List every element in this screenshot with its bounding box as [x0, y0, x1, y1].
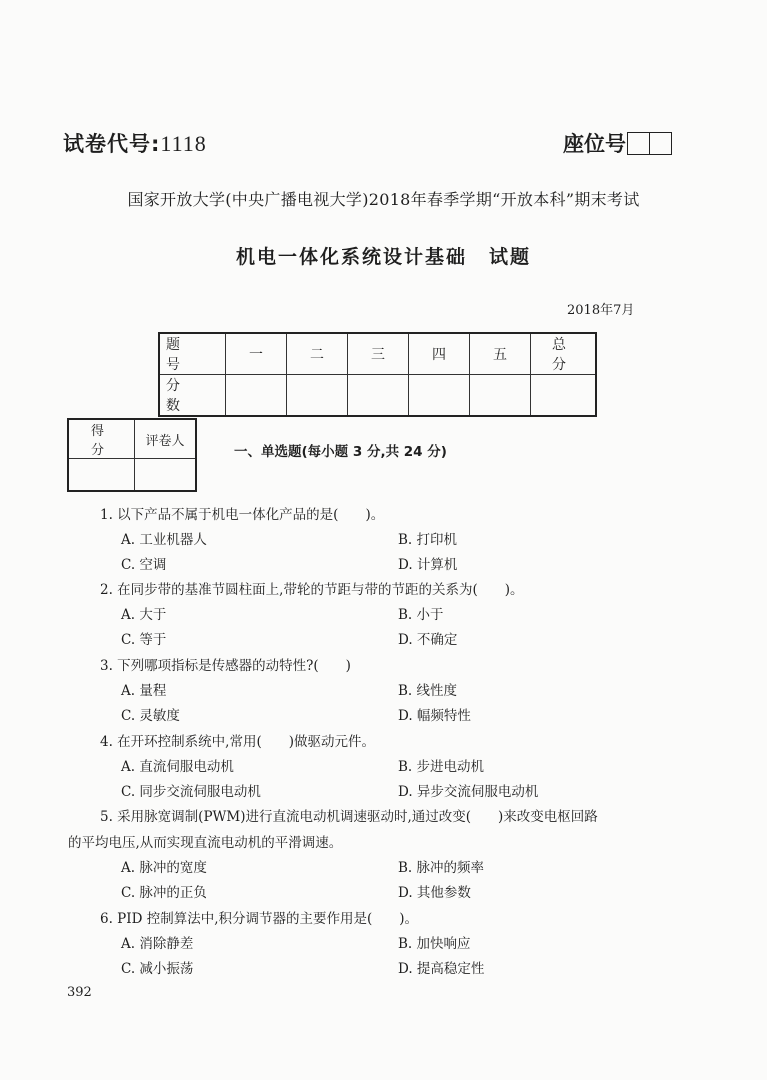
col-2: 二: [287, 333, 348, 375]
seat-number: 座位号: [563, 128, 672, 158]
q6-option-d: D. 提高稳定性: [398, 957, 484, 977]
question-3: 3. 下列哪项指标是传感器的动特性?( ): [100, 654, 351, 674]
col-5: 五: [470, 333, 531, 375]
grade-score-label: 得 分: [68, 419, 135, 459]
grader-label: 评卷人: [135, 419, 197, 459]
score-cell-2: [287, 375, 348, 417]
question-2: 2. 在同步带的基准节圆柱面上,带轮的节距与带的节距的关系为( )。: [100, 578, 524, 598]
q3-option-d: D. 幅频特性: [398, 704, 471, 724]
q5-option-d: D. 其他参数: [398, 881, 471, 901]
q1-option-b: B. 打印机: [398, 528, 457, 548]
q1-option-c: C. 空调: [121, 553, 166, 573]
exam-date: 2018年7月: [567, 299, 634, 318]
score-cell-total: [531, 375, 597, 417]
q2-option-d: D. 不确定: [398, 628, 457, 648]
grading-box: 得 分 评卷人: [67, 418, 197, 492]
score-cell-1: [226, 375, 287, 417]
q1-option-d: D. 计算机: [398, 553, 457, 573]
q6-option-c: C. 减小振荡: [121, 957, 193, 977]
q4-option-a: A. 直流伺服电动机: [121, 755, 234, 775]
q6-option-b: B. 加快响应: [398, 932, 471, 952]
col-4: 四: [409, 333, 470, 375]
question-number-label: 题 号: [159, 333, 226, 375]
score-table-header-row: 题 号 一 二 三 四 五 总 分: [159, 333, 596, 375]
score-cell-5: [470, 375, 531, 417]
q4-option-d: D. 异步交流伺服电动机: [398, 780, 538, 800]
total-label: 总 分: [531, 333, 597, 375]
question-5-continued: 的平均电压,从而实现直流电动机的平滑调速。: [68, 831, 342, 851]
q3-option-a: A. 量程: [121, 679, 166, 699]
score-cell-3: [348, 375, 409, 417]
q1-option-a: A. 工业机器人: [121, 528, 207, 548]
grade-score-cell: [68, 459, 135, 492]
q4-option-c: C. 同步交流伺服电动机: [121, 780, 261, 800]
score-table-score-row: 分 数: [159, 375, 596, 417]
q2-option-c: C. 等于: [121, 628, 166, 648]
q2-option-b: B. 小于: [398, 603, 444, 623]
question-1: 1. 以下产品不属于机电一体化产品的是( )。: [100, 503, 384, 523]
section-title: 一、单选题(每小题 3 分,共 24 分): [234, 440, 447, 460]
score-label: 分 数: [159, 375, 226, 417]
col-1: 一: [226, 333, 287, 375]
score-table: 题 号 一 二 三 四 五 总 分 分 数: [158, 332, 597, 417]
col-3: 三: [348, 333, 409, 375]
q2-option-a: A. 大于: [121, 603, 166, 623]
q5-option-b: B. 脉冲的频率: [398, 856, 484, 876]
page-title: 机电一体化系统设计基础试题: [0, 242, 767, 269]
seat-box-2: [650, 132, 672, 155]
q3-option-c: C. 灵敏度: [121, 704, 180, 724]
question-6: 6. PID 控制算法中,积分调节器的主要作用是( )。: [100, 907, 418, 927]
q4-option-b: B. 步进电动机: [398, 755, 484, 775]
seat-boxes: [627, 132, 672, 155]
score-cell-4: [409, 375, 470, 417]
paper-code: 试卷代号:1118: [63, 128, 207, 158]
seat-box-1: [627, 132, 650, 155]
paper-code-label: 试卷代号:: [63, 132, 160, 156]
q5-option-a: A. 脉冲的宽度: [121, 856, 207, 876]
paper-code-value: 1118: [160, 131, 206, 156]
question-5: 5. 采用脉宽调制(PWM)进行直流电动机调速驱动时,通过改变( )来改变电枢回…: [100, 805, 598, 825]
page-number: 392: [67, 985, 92, 1000]
question-4: 4. 在开环控制系统中,常用( )做驱动元件。: [100, 730, 375, 750]
q3-option-b: B. 线性度: [398, 679, 457, 699]
course-title: 机电一体化系统设计基础: [236, 246, 467, 268]
seat-label: 座位号: [563, 128, 626, 158]
title-suffix: 试题: [489, 246, 531, 268]
q6-option-a: A. 消除静差: [121, 932, 193, 952]
grader-cell: [135, 459, 197, 492]
university-line: 国家开放大学(中央广播电视大学)2018年春季学期“开放本科”期末考试: [0, 187, 767, 210]
q5-option-c: C. 脉冲的正负: [121, 881, 207, 901]
